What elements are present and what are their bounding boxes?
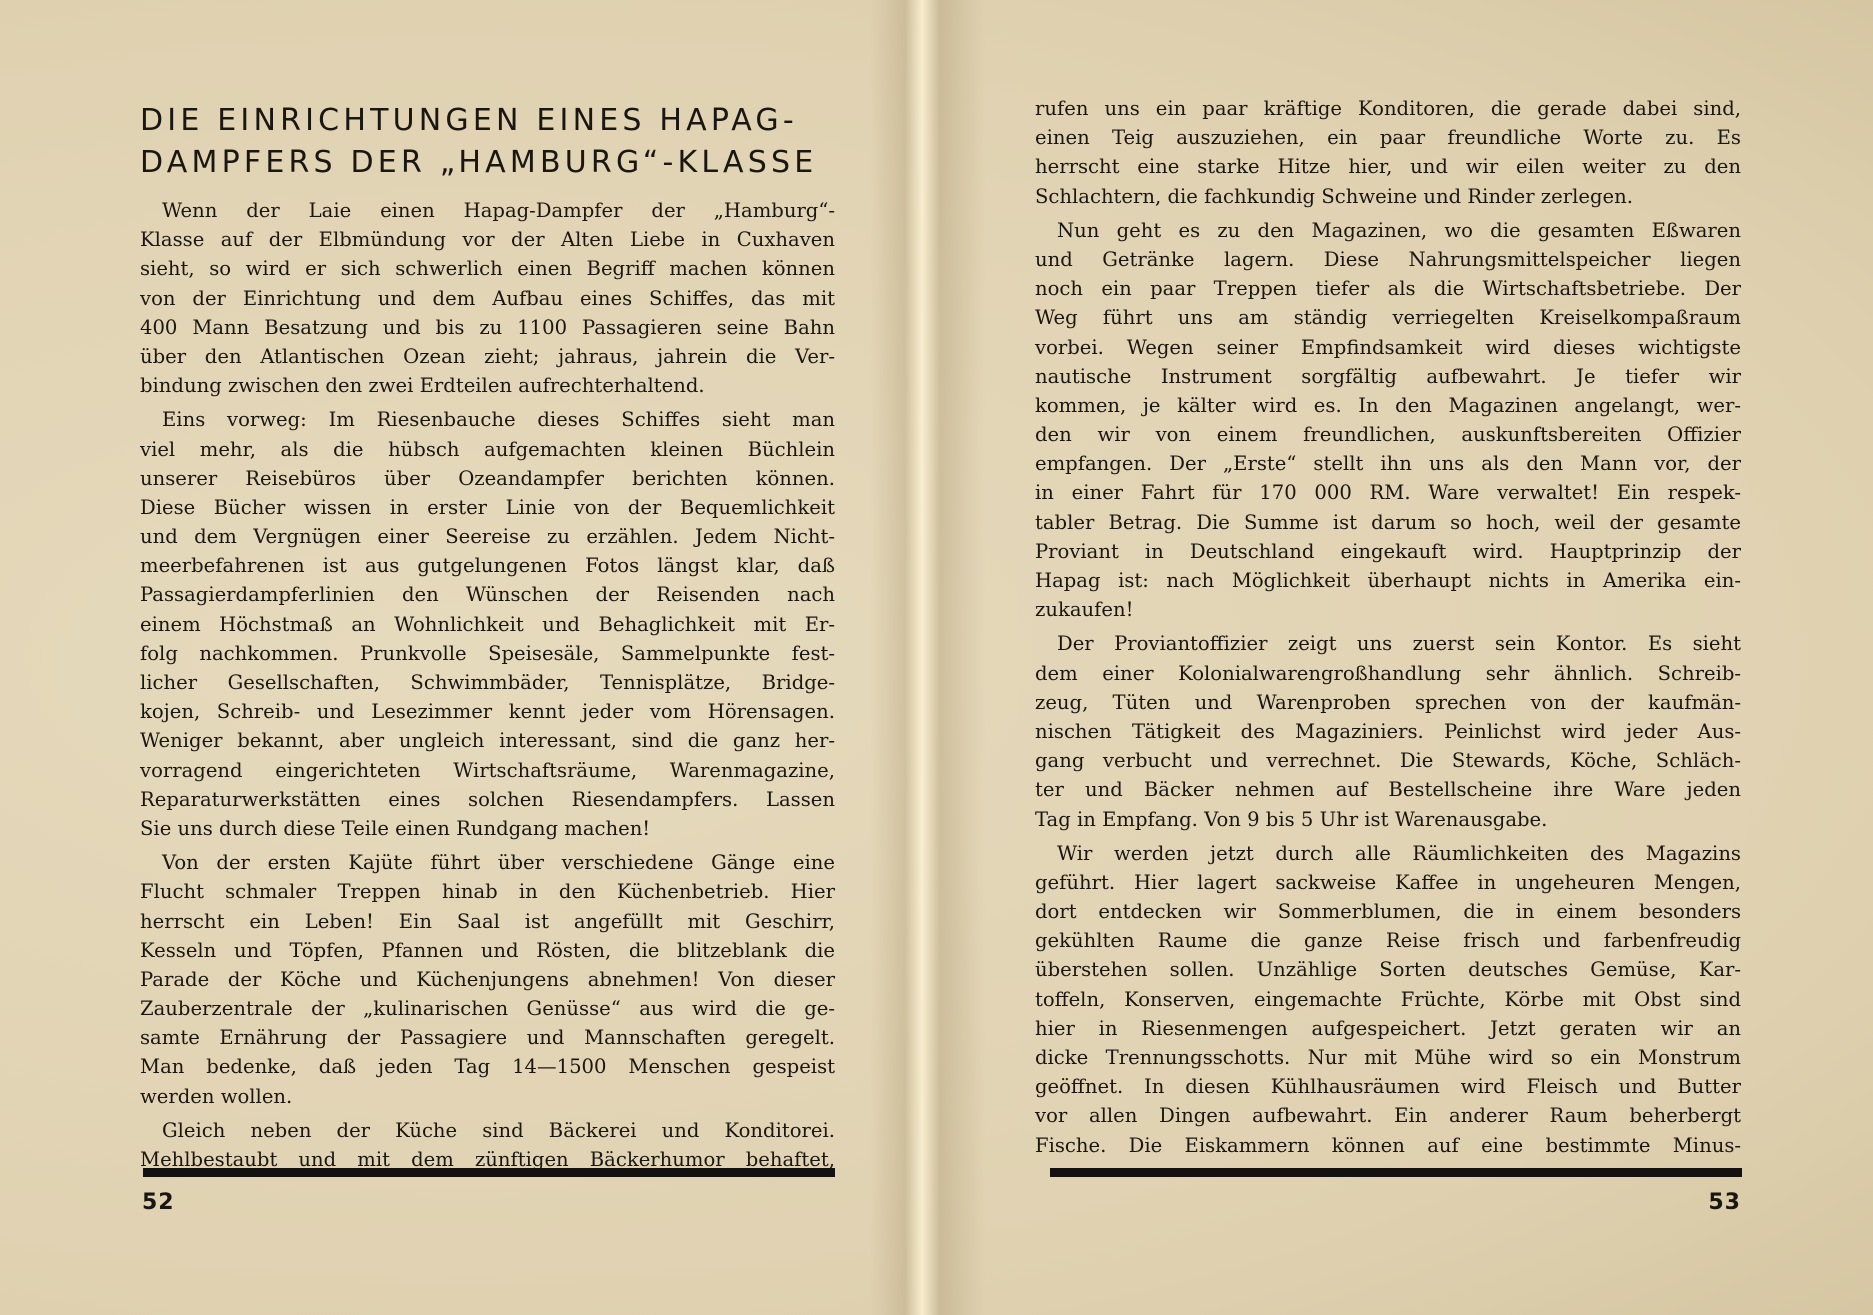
chapter-title: DIE EINRICHTUNGEN EINES HAPAG- DAMPFERS … [140, 100, 835, 184]
text-line: Kesseln und Töpfen, Pfannen und Rösten, … [140, 936, 835, 965]
text-line: gang verbucht und verrechnet. Die Stewar… [1035, 746, 1741, 775]
text-line: dem einer Kolonialwarengroßhandlung sehr… [1035, 659, 1741, 688]
text-line: Schlachtern, die fachkundig Schweine und… [1035, 182, 1741, 211]
text-line: Parade der Köche und Küchenjungens abneh… [140, 965, 835, 994]
text-line: Flucht schmaler Treppen hinab in den Küc… [140, 877, 835, 906]
text-line: meerbefahrenen ist aus gutgelungenen Fot… [140, 551, 835, 580]
text-line: sieht, so wird er sich schwerlich einen … [140, 254, 835, 283]
text-line: samte Ernährung der Passagiere und Manns… [140, 1023, 835, 1052]
left-page: DIE EINRICHTUNGEN EINES HAPAG- DAMPFERS … [0, 0, 920, 1315]
text-line: nischen Tätigkeit des Magaziniers. Peinl… [1035, 717, 1741, 746]
left-body-text: Wenn der Laie einen Hapag-Dampfer der „H… [140, 196, 835, 1174]
text-line: dicke Trennungsschotts. Nur mit Mühe wir… [1035, 1043, 1741, 1072]
text-line: toffeln, Konserven, eingemachte Früchte,… [1035, 985, 1741, 1014]
text-line: einem Höchstmaß an Wohnlichkeit und Beha… [140, 610, 835, 639]
footer-rule [143, 1168, 835, 1177]
text-line: kommen, je kälter wird es. In den Magazi… [1035, 391, 1741, 420]
text-line: Proviant in Deutschland eingekauft wird.… [1035, 537, 1741, 566]
text-line: nautische Instrument sorgfältig aufbewah… [1035, 362, 1741, 391]
text-line: Zauberzentrale der „kulinarischen Genüss… [140, 994, 835, 1023]
text-line: vorbei. Wegen seiner Empfindsamkeit wird… [1035, 333, 1741, 362]
text-line: zeug, Tüten und Warenproben sprechen von… [1035, 688, 1741, 717]
text-line: und dem Vergnügen einer Seereise zu erzä… [140, 522, 835, 551]
text-line: in einer Fahrt für 170 000 RM. Ware verw… [1035, 478, 1741, 507]
text-line: ter und Bäcker nehmen auf Bestellscheine… [1035, 775, 1741, 804]
text-line: Passagierdampferlinien den Wünschen der … [140, 580, 835, 609]
text-line: viel mehr, als die hübsch aufgemachten k… [140, 435, 835, 464]
text-line: Der Proviantoffizier zeigt uns zuerst se… [1035, 629, 1741, 658]
text-line: gekühlten Raume die ganze Reise frisch u… [1035, 926, 1741, 955]
text-line: vorragend eingerichteten Wirtschaftsräum… [140, 756, 835, 785]
chapter-title-line-2: DAMPFERS DER „HAMBURG“-KLASSE [140, 142, 835, 184]
text-line: Tag in Empfang. Von 9 bis 5 Uhr ist Ware… [1035, 805, 1741, 834]
text-line: den wir von einem freundlichen, auskunft… [1035, 420, 1741, 449]
right-body-text: rufen uns ein paar kräftige Konditoren, … [1035, 94, 1741, 1160]
right-page: rufen uns ein paar kräftige Konditoren, … [925, 0, 1873, 1315]
text-line: und Getränke lagern. Diese Nahrungsmitte… [1035, 245, 1741, 274]
text-line: von der Einrichtung und dem Aufbau eines… [140, 284, 835, 313]
text-line: empfangen. Der „Erste“ stellt ihn uns al… [1035, 449, 1741, 478]
text-line: herrscht ein Leben! Ein Saal ist angefül… [140, 907, 835, 936]
text-line: 400 Mann Besatzung und bis zu 1100 Passa… [140, 313, 835, 342]
book-spread: DIE EINRICHTUNGEN EINES HAPAG- DAMPFERS … [0, 0, 1873, 1315]
text-line: Wenn der Laie einen Hapag-Dampfer der „H… [140, 196, 835, 225]
text-line: werden wollen. [140, 1082, 835, 1111]
text-line: Klasse auf der Elbmündung vor der Alten … [140, 225, 835, 254]
text-line: Nun geht es zu den Magazinen, wo die ges… [1035, 216, 1741, 245]
text-line: über den Atlantischen Ozean zieht; jahra… [140, 342, 835, 371]
text-line: Gleich neben der Küche sind Bäckerei und… [140, 1116, 835, 1145]
text-line: geführt. Hier lagert sackweise Kaffee in… [1035, 868, 1741, 897]
text-line: licher Gesellschaften, Schwimmbäder, Ten… [140, 668, 835, 697]
text-line: tabler Betrag. Die Summe ist darum so ho… [1035, 508, 1741, 537]
text-line: Fische. Die Eiskammern können auf eine b… [1035, 1131, 1741, 1160]
text-line: Von der ersten Kajüte führt über verschi… [140, 848, 835, 877]
text-line: Weniger bekannt, aber ungleich interessa… [140, 726, 835, 755]
text-line: einen Teig auszuziehen, ein paar freundl… [1035, 123, 1741, 152]
text-line: Diese Bücher wissen in erster Linie von … [140, 493, 835, 522]
text-line: geöffnet. In diesen Kühlhausräumen wird … [1035, 1072, 1741, 1101]
text-line: vor allen Dingen aufbewahrt. Ein anderer… [1035, 1101, 1741, 1130]
text-line: unserer Reisebüros über Ozeandampfer ber… [140, 464, 835, 493]
text-line: kojen, Schreib- und Lesezimmer kennt jed… [140, 697, 835, 726]
text-line: Eins vorweg: Im Riesenbauche dieses Schi… [140, 405, 835, 434]
footer-rule [1050, 1168, 1742, 1177]
text-line: zukaufen! [1035, 595, 1741, 624]
text-line: bindung zwischen den zwei Erdteilen aufr… [140, 371, 835, 400]
text-line: Man bedenke, daß jeden Tag 14—1500 Mensc… [140, 1052, 835, 1081]
text-line: Sie uns durch diese Teile einen Rundgang… [140, 814, 835, 843]
text-line: Reparaturwerkstätten eines solchen Riese… [140, 785, 835, 814]
chapter-title-line-1: DIE EINRICHTUNGEN EINES HAPAG- [140, 100, 835, 142]
page-number: 52 [142, 1190, 175, 1215]
text-line: hier in Riesenmengen aufgespeichert. Jet… [1035, 1014, 1741, 1043]
text-line: herrscht eine starke Hitze hier, und wir… [1035, 152, 1741, 181]
text-line: Hapag ist: nach Möglichkeit überhaupt ni… [1035, 566, 1741, 595]
text-line: überstehen sollen. Unzählige Sorten deut… [1035, 955, 1741, 984]
text-line: Weg führt uns am ständig verriegelten Kr… [1035, 303, 1741, 332]
text-line: folg nachkommen. Prunkvolle Speisesäle, … [140, 639, 835, 668]
text-line: rufen uns ein paar kräftige Konditoren, … [1035, 94, 1741, 123]
page-number: 53 [1695, 1190, 1741, 1215]
text-line: noch ein paar Treppen tiefer als die Wir… [1035, 274, 1741, 303]
text-line: dort entdecken wir Sommerblumen, die in … [1035, 897, 1741, 926]
text-line: Wir werden jetzt durch alle Räumlichkeit… [1035, 839, 1741, 868]
